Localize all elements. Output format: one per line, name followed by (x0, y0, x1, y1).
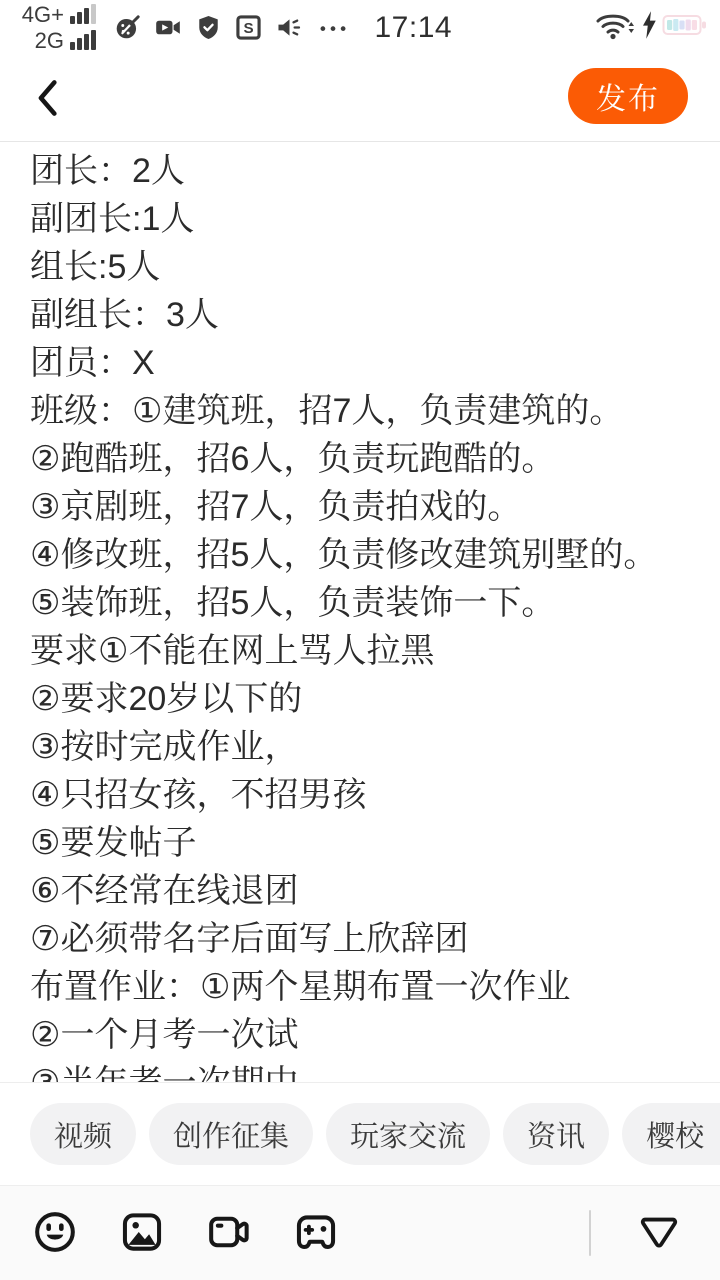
editor-line: ⑥不经常在线退团 (30, 867, 692, 915)
video-camera-icon (154, 14, 182, 41)
signal-block: 4G+ 2G (12, 2, 96, 53)
status-bar: 4G+ 2G (0, 0, 720, 55)
topic-chip-sakura-school[interactable]: 樱校 (622, 1103, 720, 1165)
editor-line: 团长：2人 (30, 147, 692, 195)
screen: 4G+ 2G (0, 0, 720, 1280)
editor-line: 要求①不能在网上骂人拉黑 (30, 627, 692, 675)
editor-line: ②要求20岁以下的 (30, 675, 692, 723)
speaker-icon (275, 14, 304, 41)
network-type-primary: 4G+ (12, 3, 64, 27)
editor-line: 组长:5人 (30, 243, 692, 291)
editor-line: 副团长:1人 (30, 195, 692, 243)
clock-text: 17:14 (375, 11, 453, 45)
video-icon (206, 1209, 252, 1258)
gamepad-icon (293, 1209, 339, 1258)
editor-line: 团员：X (30, 339, 692, 387)
editor-line: ⑤要发帖子 (30, 819, 692, 867)
ellipsis-icon (317, 14, 349, 41)
topic-chip-creation-call[interactable]: 创作征集 (149, 1103, 313, 1165)
toolbar-divider (589, 1210, 591, 1256)
image-button[interactable] (119, 1210, 165, 1256)
image-icon (119, 1209, 165, 1258)
editor-line: ②一个月考一次试 (30, 1011, 692, 1059)
video-button[interactable] (206, 1210, 252, 1256)
collapse-keyboard-button[interactable] (636, 1210, 682, 1256)
svg-text:S: S (243, 20, 253, 37)
editor-line: 布置作业：①两个星期布置一次作业 (30, 963, 692, 1011)
signal-row-2g: 2G (12, 28, 96, 53)
editor-line: ③按时完成作业， (30, 723, 692, 771)
editor-line: 副组长：3人 (30, 291, 692, 339)
back-button[interactable] (22, 73, 74, 125)
s-badge-icon: S (235, 14, 262, 41)
header: 发布 (0, 55, 720, 141)
network-type-secondary: 2G (12, 29, 64, 53)
editor-line: ③半年考一次期中 (30, 1059, 692, 1082)
gamepad-button[interactable] (293, 1210, 339, 1256)
signal-row-4g: 4G+ (12, 2, 96, 27)
editor-line: 班级：①建筑班，招7人，负责建筑的。 (30, 387, 692, 435)
topic-chip-player-exchange[interactable]: 玩家交流 (326, 1103, 490, 1165)
palette-icon (114, 14, 141, 41)
topic-chip-news[interactable]: 资讯 (503, 1103, 609, 1165)
status-right-icons (595, 8, 708, 47)
notification-icons: S (114, 14, 349, 41)
emoji-button[interactable] (32, 1210, 78, 1256)
editor-line: ②跑酷班，招6人，负责玩跑酷的。 (30, 435, 692, 483)
emoji-icon (32, 1209, 78, 1258)
shield-check-icon (195, 14, 222, 41)
topic-chip-row: 视频 创作征集 玩家交流 资讯 樱校 (0, 1083, 720, 1185)
signal-bars-icon (70, 30, 96, 53)
battery-icon (662, 11, 708, 44)
triangle-down-icon (639, 1214, 679, 1253)
charging-bolt-icon (642, 11, 657, 44)
editor-line: ③京剧班，招7人，负责拍戏的。 (30, 483, 692, 531)
editor-line: ④修改班，招5人，负责修改建筑别墅的。 (30, 531, 692, 579)
back-chevron-icon (31, 76, 65, 123)
topic-chip-video[interactable]: 视频 (30, 1103, 136, 1165)
editor-line: ④只招女孩，不招男孩 (30, 771, 692, 819)
editor-line: ⑤装饰班，招5人，负责装饰一下。 (30, 579, 692, 627)
composer-toolbar (0, 1185, 720, 1280)
editor-line: ⑦必须带名字后面写上欣辞团 (30, 915, 692, 963)
post-editor[interactable]: 团长：2人 副团长:1人 组长:5人 副组长：3人 团员：X 班级：①建筑班，招… (0, 142, 720, 1082)
signal-bars-icon (70, 4, 96, 27)
publish-button[interactable]: 发布 (568, 68, 688, 124)
wifi-icon (595, 8, 637, 47)
